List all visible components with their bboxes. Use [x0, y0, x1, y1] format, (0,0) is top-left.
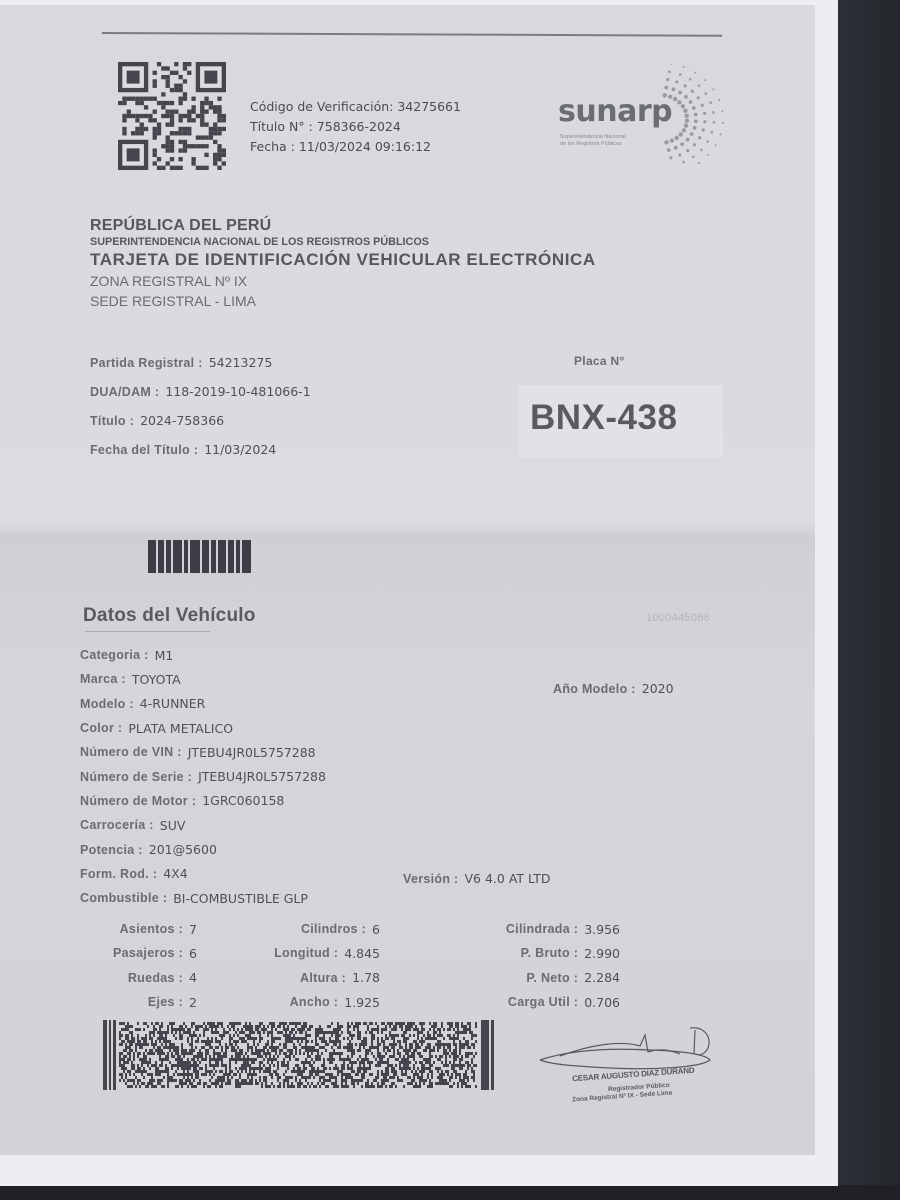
vehicle-value: JTEBU4JR0L5757288: [198, 769, 326, 784]
vehicle-details: Categoria :M1Marca :TOYOTAModelo :4-RUNN…: [80, 643, 326, 910]
plate-number: BNX-438: [530, 398, 677, 438]
qr-code-icon: [118, 62, 226, 170]
dark-background-bottom: [0, 1185, 900, 1200]
logo-wordmark: sunarp: [558, 94, 672, 129]
spec-label: Pasajeros :: [113, 946, 183, 960]
vehicle-value: PLATA METALICO: [128, 721, 233, 736]
spec-field: Ejes :2: [60, 990, 197, 1014]
spec-value: 2.990: [584, 946, 620, 961]
issue-date: 11/03/2024 09:16:12: [299, 139, 431, 154]
vehicle-field: Número de Serie :JTEBU4JR0L5757288: [80, 764, 326, 788]
spec-label: Ancho :: [290, 995, 339, 1009]
specs-column-3: Cilindrada :3.956P. Bruto :2.990P. Neto …: [460, 917, 620, 1014]
spec-field: Altura :1.78: [230, 966, 380, 990]
paper-fold: [0, 528, 815, 546]
vehicle-label: Potencia :: [80, 843, 143, 857]
document-serial: 1000445066: [646, 612, 710, 624]
barcode-small: [148, 540, 284, 573]
vehicle-label: Número de Serie :: [80, 770, 192, 784]
vehicle-field: Número de Motor :1GRC060158: [80, 789, 326, 813]
sunarp-logo: sunarp Superintendencia Nacional de los …: [550, 64, 740, 164]
spec-label: Longitud :: [274, 946, 338, 960]
registry-label: Partida Registral :: [90, 356, 203, 370]
model-year-value: 2020: [642, 681, 674, 696]
registry-office: SEDE REGISTRAL - LIMA: [90, 291, 596, 311]
spec-label: Asientos :: [120, 922, 183, 936]
registry-field: DUA/DAM :118-2019-10-481066-1: [90, 377, 311, 406]
verification-code: 34275661: [397, 99, 461, 114]
vehicle-value: TOYOTA: [132, 672, 181, 687]
registry-value: 118-2019-10-481066-1: [165, 384, 310, 399]
verification-block: Código de Verificación: 34275661 Título …: [250, 97, 461, 157]
vehicle-field: Form. Rod. :4X4: [80, 862, 326, 886]
agency-name: SUPERINTENDENCIA NACIONAL DE LOS REGISTR…: [90, 235, 596, 249]
verification-code-label: Código de Verificación:: [250, 99, 393, 114]
vehicle-field: Color :PLATA METALICO: [80, 716, 326, 740]
issue-date-label: Fecha :: [250, 139, 295, 154]
spec-value: 4: [189, 970, 197, 985]
registry-value: 11/03/2024: [204, 442, 276, 457]
spec-field: P. Bruto :2.990: [460, 941, 620, 965]
spec-value: 6: [189, 946, 197, 961]
spec-label: Ejes :: [148, 995, 183, 1009]
spec-field: Longitud :4.845: [230, 941, 380, 965]
vehicle-value: 1GRC060158: [202, 793, 284, 808]
vehicle-label: Combustible :: [80, 891, 167, 905]
registry-field: Partida Registral :54213275: [90, 348, 311, 377]
registry-field: Título :2024-758366: [90, 406, 311, 435]
model-year-field: Año Modelo : 2020: [553, 674, 674, 703]
vehicle-value: SUV: [160, 818, 186, 833]
spec-label: P. Neto :: [526, 971, 578, 985]
title-number: 758366-2024: [317, 119, 401, 134]
vehicle-value: 4-RUNNER: [140, 696, 206, 711]
vehicle-value: M1: [155, 648, 174, 663]
plate-label: Placa N°: [574, 354, 625, 368]
spec-field: Pasajeros :6: [60, 941, 197, 965]
vehicle-label: Color :: [80, 721, 122, 735]
version-label: Versión :: [403, 872, 459, 886]
document-heading: REPÚBLICA DEL PERÚ SUPERINTENDENCIA NACI…: [90, 216, 596, 311]
vehicle-field: Categoria :M1: [80, 643, 326, 667]
spec-field: Cilindrada :3.956: [460, 917, 620, 941]
vehicle-label: Categoria :: [80, 648, 149, 662]
logo-subtitle: Superintendencia Nacional de los Registr…: [560, 134, 670, 148]
registry-label: DUA/DAM :: [90, 385, 159, 399]
vehicle-field: Marca :TOYOTA: [80, 667, 326, 691]
spec-value: 1.78: [352, 970, 380, 985]
vehicle-field: Combustible :BI-COMBUSTIBLE GLP: [80, 886, 326, 910]
dark-background: [835, 0, 900, 1200]
spec-value: 0.706: [584, 995, 620, 1010]
spec-value: 2.284: [584, 970, 620, 985]
spec-value: 7: [189, 922, 197, 937]
vehicle-label: Modelo :: [80, 697, 134, 711]
vehicle-value: 201@5600: [149, 842, 217, 857]
spec-field: Cilindros :6: [230, 917, 380, 941]
spec-value: 1.925: [344, 995, 380, 1010]
document-title: TARJETA DE IDENTIFICACIÓN VEHICULAR ELEC…: [90, 249, 596, 271]
registry-details: Partida Registral :54213275DUA/DAM :118-…: [90, 348, 311, 464]
spec-label: P. Bruto :: [521, 946, 579, 960]
vehicle-field: Número de VIN :JTEBU4JR0L5757288: [80, 740, 326, 764]
spec-field: P. Neto :2.284: [460, 966, 620, 990]
registry-label: Título :: [90, 414, 134, 428]
version-value: V6 4.0 AT LTD: [465, 871, 551, 886]
spec-value: 3.956: [584, 922, 620, 937]
spec-value: 6: [372, 922, 380, 937]
country-name: REPÚBLICA DEL PERÚ: [90, 216, 596, 235]
registry-label: Fecha del Título :: [90, 443, 198, 457]
spec-label: Carga Util :: [508, 995, 578, 1009]
pdf417-barcode: [103, 1020, 495, 1090]
registrar-signature: CESAR AUGUSTO DIAZ DURAND Registrador Pú…: [530, 1020, 730, 1110]
model-year-label: Año Modelo :: [553, 682, 636, 696]
vehicle-label: Form. Rod. :: [80, 867, 157, 881]
vehicle-value: BI-COMBUSTIBLE GLP: [173, 891, 308, 906]
spec-field: Carga Util :0.706: [460, 990, 620, 1014]
spec-label: Cilindros :: [301, 922, 366, 936]
title-number-label: Título N° :: [250, 119, 313, 134]
registry-value: 54213275: [209, 355, 273, 370]
version-field: Versión : V6 4.0 AT LTD: [403, 864, 551, 893]
section-underline: [85, 631, 210, 632]
spec-label: Cilindrada :: [506, 922, 578, 936]
vehicle-value: JTEBU4JR0L5757288: [188, 745, 316, 760]
spec-value: 2: [189, 995, 197, 1010]
vehicle-section-title: Datos del Vehículo: [83, 605, 256, 627]
spec-value: 4.845: [344, 946, 380, 961]
registry-field: Fecha del Título :11/03/2024: [90, 435, 311, 464]
specs-column-2: Cilindros :6Longitud :4.845Altura :1.78A…: [230, 917, 380, 1014]
registry-value: 2024-758366: [140, 413, 224, 428]
vehicle-field: Carrocería :SUV: [80, 813, 326, 837]
vehicle-field: Modelo :4-RUNNER: [80, 692, 326, 716]
spec-field: Ancho :1.925: [230, 990, 380, 1014]
vehicle-label: Carrocería :: [80, 818, 154, 832]
spec-label: Altura :: [300, 971, 346, 985]
registry-zone: ZONA REGISTRAL Nº IX: [90, 271, 596, 291]
document-paper: Código de Verificación: 34275661 Título …: [0, 0, 838, 1186]
vehicle-label: Marca :: [80, 672, 126, 686]
vehicle-label: Número de VIN :: [80, 745, 182, 759]
specs-column-1: Asientos :7Pasajeros :6Ruedas :4Ejes :2: [60, 917, 197, 1014]
spec-field: Asientos :7: [60, 917, 197, 941]
vehicle-field: Potencia :201@5600: [80, 837, 326, 861]
vehicle-value: 4X4: [163, 866, 187, 881]
spec-field: Ruedas :4: [60, 966, 197, 990]
vehicle-label: Número de Motor :: [80, 794, 196, 808]
logo-subtitle-line2: de los Registros Públicos: [560, 141, 670, 148]
logo-subtitle-line1: Superintendencia Nacional: [560, 134, 670, 141]
spec-label: Ruedas :: [128, 971, 183, 985]
